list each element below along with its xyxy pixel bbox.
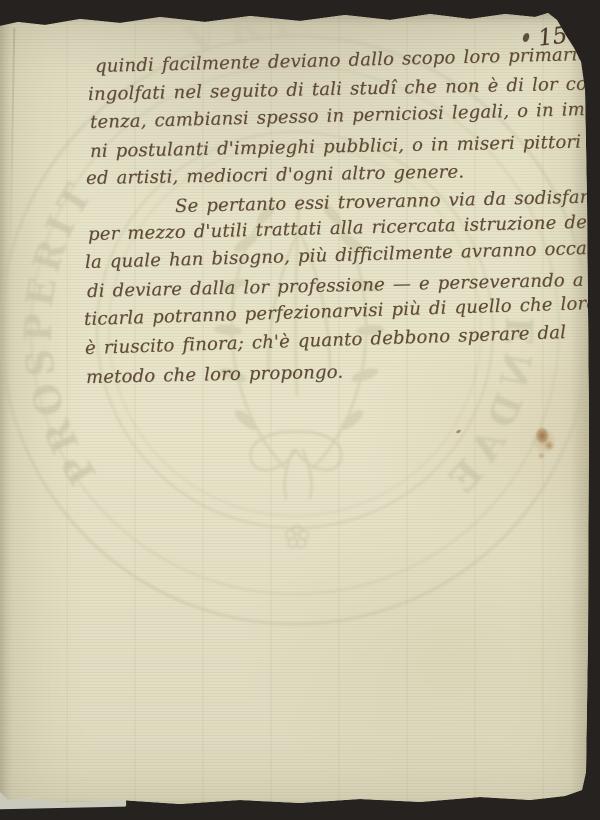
handwritten-text-block: quindi facilmente deviano dallo scopo lo… xyxy=(0,0,600,820)
manuscript-line: ed artisti, mediocri d'ogni altro genere… xyxy=(86,161,465,189)
page-number: 15 xyxy=(537,22,569,51)
ink-stain xyxy=(522,418,566,464)
manuscript-line: quindi facilmente deviano dallo scopo lo… xyxy=(95,43,600,77)
manuscript-line: ni postulanti d'impieghi pubblici, o in … xyxy=(90,131,600,162)
manuscript-page: PROSPERITA ENDAE VRI xyxy=(0,0,600,820)
manuscript-line: metodo che loro propongo. xyxy=(86,362,344,388)
